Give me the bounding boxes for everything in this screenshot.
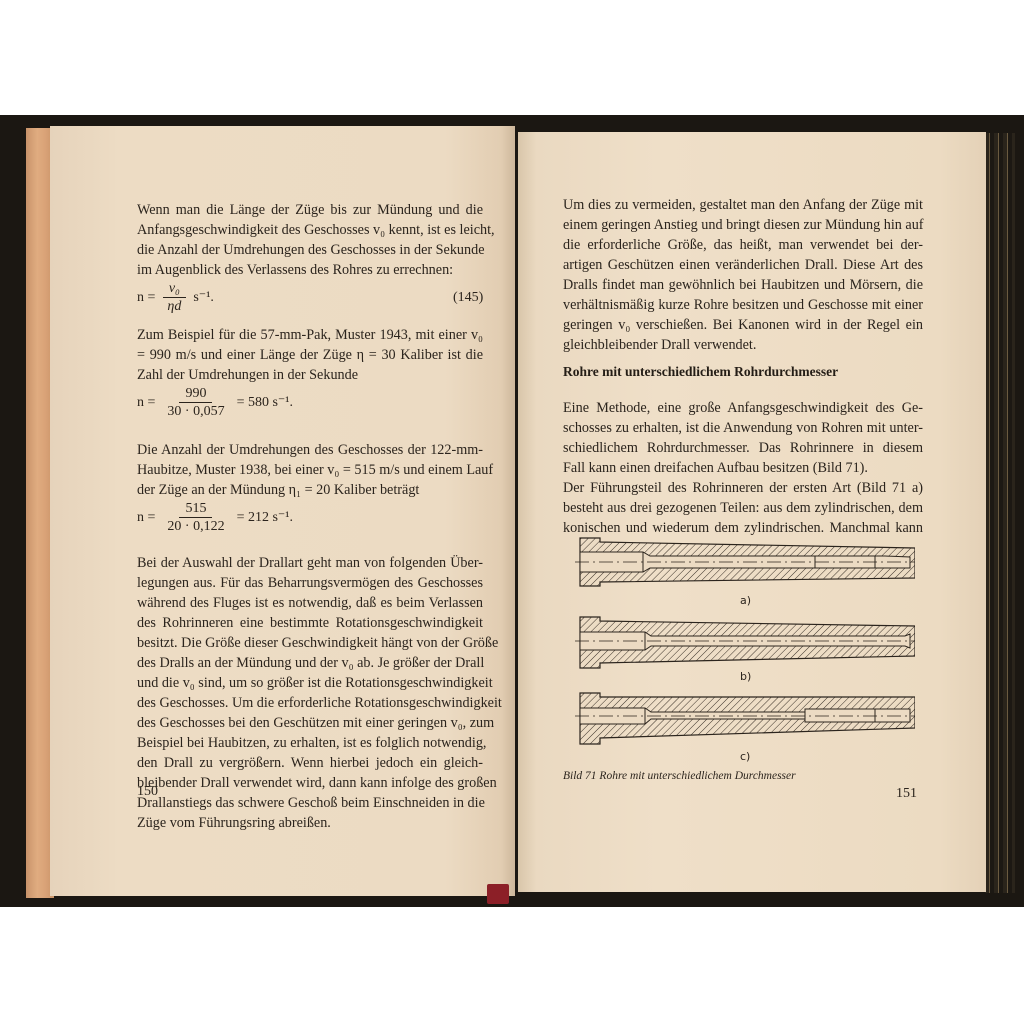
- eq-result: = 580 s⁻¹.: [237, 394, 293, 411]
- text-line: schiedlichem Rohrdurchmesser. Das Rohrin…: [563, 438, 923, 458]
- text-line: im Augenblick des Verlassens des Rohres …: [137, 260, 483, 280]
- barrel-diagram-a: [575, 530, 915, 590]
- denominator: ηd: [161, 298, 187, 315]
- left-paragraph-1: Wenn man die Länge der Züge bis zur Münd…: [137, 200, 483, 280]
- text-line: Züge vom Führungsring abreißen.: [137, 813, 483, 833]
- text-line: verhältnismäßig kurze Rohre besitzen und…: [563, 295, 923, 315]
- eq-result: = 212 s⁻¹.: [237, 509, 293, 526]
- fraction: 990 30 · 0,057: [161, 385, 230, 420]
- figure-label-b: b): [740, 670, 751, 683]
- text-line: schosses zu erhalten, ist die Anwendung …: [563, 418, 923, 438]
- text-line: den Drall zu vergrößern. Wenn hierbei je…: [137, 753, 483, 773]
- left-page-number: 150: [137, 784, 158, 800]
- right-paragraph-2: Eine Methode, eine große Anfangsgeschwin…: [563, 398, 923, 538]
- denominator: 20 · 0,122: [161, 518, 230, 535]
- left-paragraph-2: Zum Beispiel für die 57-mm-Pak, Muster 1…: [137, 325, 483, 385]
- numerator: 990: [179, 385, 212, 403]
- text-line: während des Fluges ist es notwendig, daß…: [137, 593, 483, 613]
- text-line: geringen v₀ verschießen. Bei Kanonen wir…: [563, 315, 923, 335]
- right-page-number: 151: [896, 786, 917, 802]
- eq-lhs: n =: [137, 395, 155, 411]
- left-paragraph-3: Die Anzahl der Umdrehungen des Geschosse…: [137, 440, 483, 500]
- eq-unit: s⁻¹.: [193, 289, 214, 306]
- text-line: Um dies zu vermeiden, gestaltet man den …: [563, 195, 923, 215]
- text-line: besteht aus drei gezogenen Teilen: aus d…: [563, 498, 923, 518]
- text-line: des Rohrinneren eine bestimmte Rotations…: [137, 613, 483, 633]
- text-line: artigen Geschützen einen veränderlichen …: [563, 255, 923, 275]
- text-line: = 990 m/s und einer Länge der Züge η = 3…: [137, 345, 483, 365]
- numerator: 515: [179, 500, 212, 518]
- right-page-edges: [985, 133, 1015, 893]
- text-line: Zum Beispiel für die 57-mm-Pak, Muster 1…: [137, 325, 483, 345]
- figure-label-c: c): [740, 750, 750, 763]
- fraction: v₀ ηd: [161, 280, 187, 315]
- text-line: Drallanstiegs das schwere Geschoß beim E…: [137, 793, 483, 813]
- denominator: 30 · 0,057: [161, 403, 230, 420]
- text-line: bleibender Drall verwendet wird, dann ka…: [137, 773, 483, 793]
- text-line: die erforderliche Größe, das heißt, man …: [563, 235, 923, 255]
- text-line: Fall kann einen dreifachen Aufbau besitz…: [563, 458, 923, 478]
- left-paragraph-4: Bei der Auswahl der Drallart geht man vo…: [137, 553, 483, 833]
- text-line: legungen aus. Für das Beharrungsvermögen…: [137, 573, 483, 593]
- text-line: des Geschosses. Um die erforderliche Rot…: [137, 693, 483, 713]
- equation-number: (145): [453, 290, 483, 306]
- barrel-diagram-b: [575, 612, 915, 672]
- eq-lhs: n =: [137, 290, 155, 306]
- text-line: der Züge an der Mündung η₁ = 20 Kaliber …: [137, 480, 483, 500]
- bookmark-ribbon: [487, 884, 509, 904]
- text-line: Bei der Auswahl der Drallart geht man vo…: [137, 553, 483, 573]
- text-line: des Dralls an der Mündung und der v₀ ab.…: [137, 653, 483, 673]
- text-line: Die Anzahl der Umdrehungen des Geschosse…: [137, 440, 483, 460]
- text-line: die Anzahl der Umdrehungen des Geschosse…: [137, 240, 483, 260]
- text-line: Anfangsgeschwindigkeit des Geschosses v₀…: [137, 220, 483, 240]
- figure-caption: Bild 71 Rohre mit unterschiedlichem Durc…: [563, 770, 796, 782]
- equation-122mm: n = 515 20 · 0,122 = 212 s⁻¹.: [137, 500, 293, 535]
- text-line: und die v₀ sind, um so größer ist die Ro…: [137, 673, 483, 693]
- text-line: Dralls findet man gewöhnlich bei Haubitz…: [563, 275, 923, 295]
- text-line: einem geringen Anstieg und bringt diesen…: [563, 215, 923, 235]
- text-line: des Geschosses bei den Geschützen mit ei…: [137, 713, 483, 733]
- numerator: v₀: [163, 280, 186, 298]
- fraction: 515 20 · 0,122: [161, 500, 230, 535]
- text-line: Eine Methode, eine große Anfangsgeschwin…: [563, 398, 923, 418]
- section-heading: Rohre mit unterschiedlichem Rohrdurchmes…: [563, 364, 838, 380]
- text-line: gleichbleibender Drall verwendet.: [563, 335, 923, 355]
- figure-label-a: a): [740, 594, 751, 607]
- text-line: Wenn man die Länge der Züge bis zur Münd…: [137, 200, 483, 220]
- text-line: Zahl der Umdrehungen in der Sekunde: [137, 365, 483, 385]
- text-line: besitzt. Die Größe dieser Geschwindigkei…: [137, 633, 483, 653]
- barrel-diagram-c: [575, 688, 915, 748]
- text-line: Haubitze, Muster 1938, bei einer v₀ = 51…: [137, 460, 483, 480]
- equation-57mm: n = 990 30 · 0,057 = 580 s⁻¹.: [137, 385, 293, 420]
- text-line: Beispiel bei Haubitzen, zu erhalten, ist…: [137, 733, 483, 753]
- right-paragraph-1: Um dies zu vermeiden, gestaltet man den …: [563, 195, 923, 355]
- text-line: Der Führungsteil des Rohrinneren der ers…: [563, 478, 923, 498]
- equation-145: n = v₀ ηd s⁻¹.: [137, 280, 214, 315]
- eq-lhs: n =: [137, 510, 155, 526]
